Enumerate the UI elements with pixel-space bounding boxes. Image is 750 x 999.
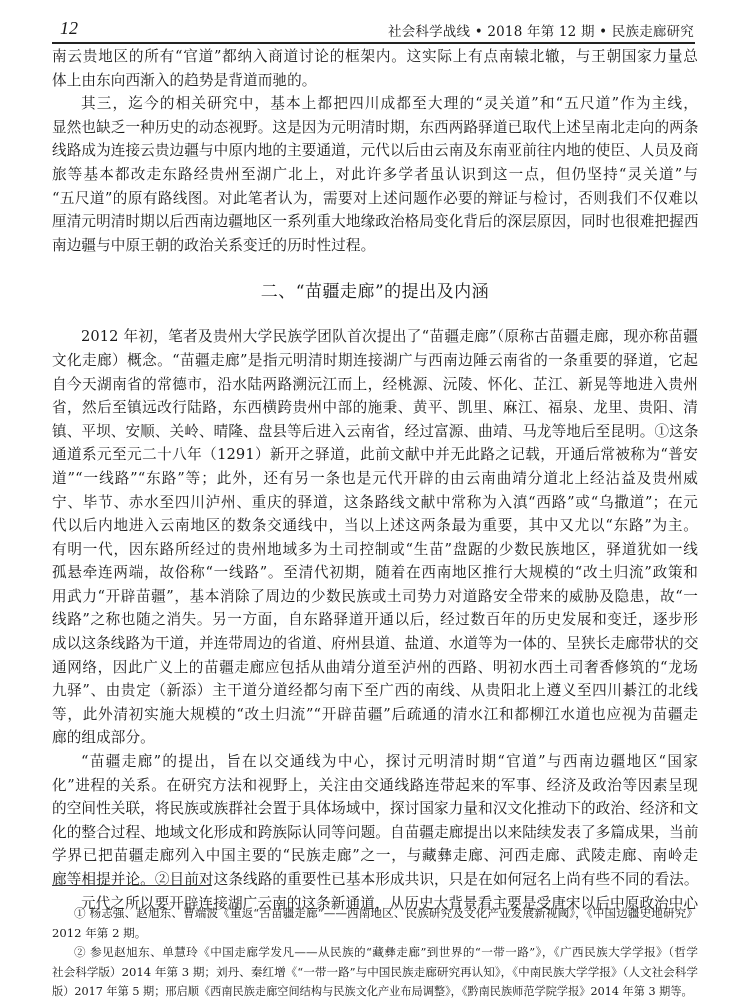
text-line: 用武力“开辟苗疆”，基本消除了周边的少数民族或土司势力对道路安全带来的威胁及隐患… [52,585,698,609]
text-line: 化”进程的关系。在研究方法和视野上，关注由交通线路连带起来的军事、经济及政治等因… [52,774,698,798]
text-line: 旅等基本都改走东路经贵州至湖广北上，对此许多学者虽认识到这一点，但仍坚持“灵关道… [52,163,698,187]
text-line: 廊的组成部分。 [52,726,698,750]
text-line: 2012 年初，笔者及贵州大学民族学团队首次提出了“苗疆走廊”（原称古苗疆走廊，… [52,325,698,349]
text-line: 化的整合过程、地域文化形成和跨族际认同等问题。自苗疆走廊提出以来陆续发表了多篇成… [52,821,698,845]
footnotes: ① 杨志强、赵旭东、曹端波《重返“古苗疆走廊”——西南地区、民族研究及文化产业发… [52,904,698,999]
text-line: 廊等相提并论。②目前对这条线路的重要性已基本形成共识，只是在如何冠名上尚有些不同… [52,868,698,892]
text-line: 宁、毕节、赤水至四川泸州、重庆的驿道，这条路线文献中常称为入滇“西路”或“乌撒道… [52,491,698,515]
section-heading: 二、“苗疆走廊”的提出及内涵 [52,261,698,323]
running-header: 12 社会科学战线 • 2018 年第 12 期 • 民族走廊研究 [52,18,698,40]
footnote-line: ② 参见赵旭东、单慧玲《中国走廊学发凡——从民族的“藏彝走廊”到世界的“一带一路… [52,943,698,963]
text-line: 南边疆与中原王朝的政治关系变迁的历时性过程。 [52,234,698,258]
text-line: 南云贵地区的所有“官道”都纳入商道讨论的框架内。这实际上有点南辕北辙，与王朝国家… [52,45,698,69]
footnote-line: ① 杨志强、赵旭东、曹端波《重返“古苗疆走廊”——西南地区、民族研究及文化产业发… [52,904,698,924]
text-line: 线路”之称也随之消失。另一方面，自东路驿道开通以后，经过数百年的历史发展和变迁，… [52,608,698,632]
text-line: 道”“一线路”“东路”等；此外，还有另一条也是元代开辟的由云南曲靖分道北上经沾益… [52,467,698,491]
text-line: 省，然后至镇远改行陆路，东西横跨贵州中部的施秉、黄平、凯里、麻江、福泉、龙里、贵… [52,396,698,420]
text-line: 线路成为连接云贵边疆与中原内地的主要通道，元代以后由云南及东南亚前往内地的使臣、… [52,139,698,163]
text-line: 通网络，因此广义上的苗疆走廊应包括从曲靖分道至泸州的西路、明初水西土司奢香修筑的… [52,656,698,680]
text-line: 通道系元至元二十八年（1291）新开之驿道，此前文献中并无此路之记载，开通后常被… [52,443,698,467]
article-body: 南云贵地区的所有“官道”都纳入商道讨论的框架内。这实际上有点南辕北辙，与王朝国家… [52,45,698,915]
footnote-line: 版）2017 年第 5 期；邢启顺《西南民族走廊空间结构与民族文化产业布局调整》… [52,982,698,999]
footnote-line: 社会科学版）2014 年第 3 期；刘丹、秦红增《“一带一路”与中国民族走廊研究… [52,963,698,983]
text-line: 显然也缺乏一种历史的动态视野。这是因为元明清时期，东西两路驿道已取代上述呈南北走… [52,116,698,140]
text-line: 孤悬牵连两端，故俗称“一线路”。至清代初期，随着在西南地区推行大规模的“改土归流… [52,561,698,585]
text-line: “苗疆走廊”的提出，旨在以交通线为中心，探讨元明清时期“官道”与西南边疆地区“国… [52,750,698,774]
footnote-line: 2012 年第 2 期。 [52,924,698,944]
text-line: 镇、平坝、安顺、关岭、晴隆、盘县等后进入云南省，经过富源、曲靖、马龙等地后至昆明… [52,420,698,444]
text-line: 文化走廊）概念。“苗疆走廊”是指元明清时期连接湖广与西南边陲云南省的一条重要的驿… [52,349,698,373]
text-line: 等，此外清初实施大规模的“改土归流”“开辟苗疆”后疏通的清水江和都柳江水道也应视… [52,703,698,727]
text-line: 其三，迄今的相关研究中，基本上都把四川成都至大理的“灵关道”和“五尺道”作为主线… [52,92,698,116]
footnote-separator [52,885,212,886]
text-line: 成以这条线路为干道，并连带周边的省道、府州县道、盐道、水道等为一体的、呈狭长走廊… [52,632,698,656]
text-line: 体上由东向西渐入的趋势是背道而驰的。 [52,69,698,93]
text-line: 自今天湖南省的常德市，沿水陆两路溯沅江而上，经桃源、沅陵、怀化、芷江、新晃等地进… [52,373,698,397]
text-line: 厘清元明清时期以后西南边疆地区一系列重大地缘政治格局变化背后的深层原因，同时也很… [52,210,698,234]
text-line: 九驿”、由贵定（新添）主干道分道经都匀南下至广西的南线、从贵阳北上遵义至四川綦江… [52,679,698,703]
text-line: “五尺道”的原有路线图。对此笔者认为，需要对上述问题作必要的辩证与检讨，否则我们… [52,187,698,211]
text-line: 有明一代，因东路所经过的贵州地域多为土司控制或“生苗”盘踞的少数民族地区，驿道犹… [52,538,698,562]
text-line: 代以后内地进入云南地区的数条交通线中，当以上述这两条最为重要，其中又尤以“东路”… [52,514,698,538]
page-number: 12 [60,18,78,39]
text-line: 的空间性关联，将民族或族群社会置于具体场域中，探讨国家力量和汉文化推动下的政治、… [52,797,698,821]
journal-info: 社会科学战线 • 2018 年第 12 期 • 民族走廊研究 [388,20,694,40]
text-line: 学界已把苗疆走廊列入中国主要的“民族走廊”之一，与藏彝走廊、河西走廊、武陵走廊、… [52,844,698,868]
header-rule [52,42,695,44]
